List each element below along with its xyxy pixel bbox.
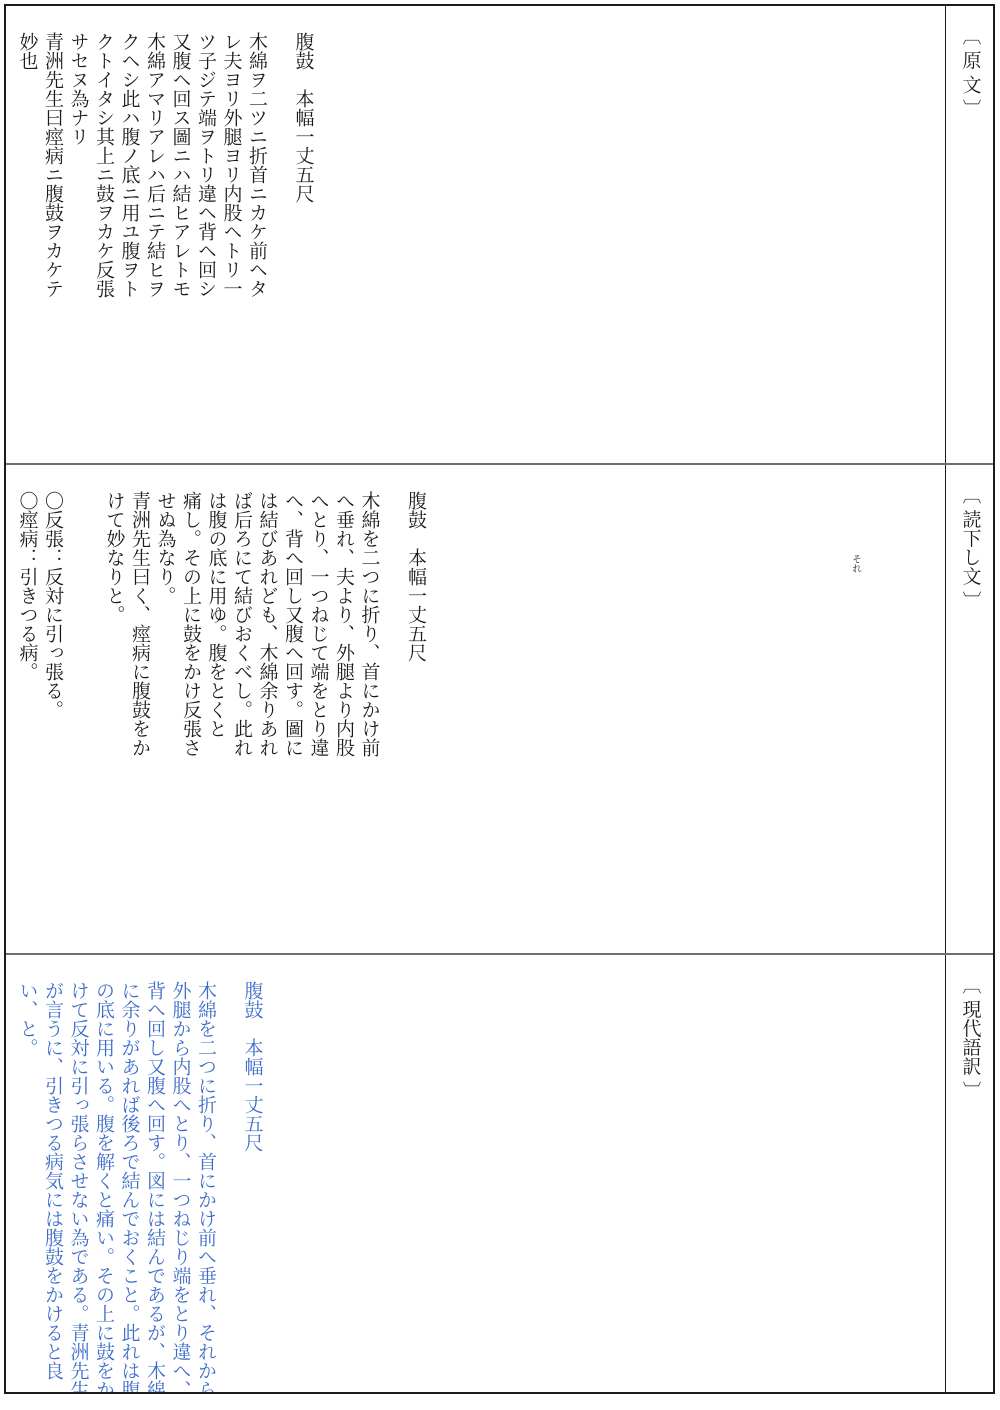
- reading-vertical-text: 腹鼓 本幅一丈五尺 木綿を二つに折り、首にかけ前 へ垂れ、夫より、外腿より内股 …: [14, 491, 428, 953]
- section-title: 腹鼓 本幅一丈五尺: [403, 491, 429, 953]
- text-line: 木綿を二つに折り、首にかけ前へ垂れ、それから、: [193, 981, 219, 1392]
- text-line: 背へ回し又腹へ回す。図には結んであるが、木綿: [142, 981, 168, 1392]
- text-line: 痛し。その上に鼓をかけ反張さ: [178, 491, 204, 953]
- note-line: 〇反張：反対に引っ張る。: [40, 491, 66, 953]
- furigana-sore: それ: [850, 554, 860, 573]
- section-modern-header: 〔 現代語訳 〕: [945, 955, 993, 1392]
- section-original-header: 〔 原 文 〕: [945, 6, 993, 463]
- document-page: 腹鼓 本幅一丈五尺 木綿ヲ二ツニ折首ニカケ前ヘタ レ夫ヨリ外腿ヨリ内股ヘトリ一 …: [0, 0, 1000, 1410]
- text-line: が言うに、引きつる病気には腹鼓をかけると良: [40, 981, 66, 1392]
- text-line: 又腹ヘ回ス圖ニハ結ヒアレトモ: [167, 32, 193, 463]
- text-line: 木綿ヲ二ツニ折首ニカケ前ヘタ: [244, 32, 270, 463]
- text-line: は腹の底に用ゆ。腹をとくと: [203, 491, 229, 953]
- text-line: サセヌ為ナリ: [65, 32, 91, 463]
- section-title: 腹鼓 本幅一丈五尺: [239, 981, 265, 1392]
- document-sheet: 腹鼓 本幅一丈五尺 木綿ヲ二ツニ折首ニカケ前ヘタ レ夫ヨリ外腿ヨリ内股ヘトリ一 …: [4, 4, 995, 1394]
- section-reading: 腹鼓 本幅一丈五尺 木綿を二つに折り、首にかけ前 へ垂れ、夫より、外腿より内股 …: [6, 465, 993, 955]
- text-line: へ垂れ、夫より、外腿より内股: [331, 491, 357, 953]
- text-line: 妙也: [14, 32, 40, 463]
- section-modern-body: 腹鼓 本幅一丈五尺 木綿を二つに折り、首にかけ前へ垂れ、それから、 外腿から内股…: [6, 955, 945, 1392]
- text-line: クヘシ此ハ腹ノ底ニ用ユ腹ヲト: [116, 32, 142, 463]
- original-vertical-text: 腹鼓 本幅一丈五尺 木綿ヲ二ツニ折首ニカケ前ヘタ レ夫ヨリ外腿ヨリ内股ヘトリ一 …: [14, 32, 316, 463]
- text-line: ば后ろにて結びおくべし。此れ: [229, 491, 255, 953]
- text-line: せぬ為なり。: [152, 491, 178, 953]
- text-line: 青洲先生曰く、痙病に腹鼓をか: [127, 491, 153, 953]
- text-line: い、と。: [14, 981, 40, 1392]
- text-line: けて反対に引っ張らさせない為である。青洲先生: [65, 981, 91, 1392]
- text-line: 外腿から内股へとり、一つねじり端をとり違へ、: [167, 981, 193, 1392]
- text-line: に余りがあれば後ろで結んでおくこと。此れは腹: [116, 981, 142, 1392]
- section-header-label: 〔 読下し文 〕: [947, 485, 993, 610]
- section-reading-body: 腹鼓 本幅一丈五尺 木綿を二つに折り、首にかけ前 へ垂れ、夫より、外腿より内股 …: [6, 465, 945, 953]
- section-header-label: 〔 現代語訳 〕: [947, 975, 993, 1100]
- text-line: の底に用いる。腹を解くと痛い。その上に鼓をか: [91, 981, 117, 1392]
- section-modern: 腹鼓 本幅一丈五尺 木綿を二つに折り、首にかけ前へ垂れ、それから、 外腿から内股…: [6, 955, 993, 1392]
- text-line: けて妙なりと。: [101, 491, 127, 953]
- text-line: 青洲先生曰痙病ニ腹鼓ヲカケテ: [40, 32, 66, 463]
- text-line: へ、背へ回し又腹へ回す。圖に: [280, 491, 306, 953]
- modern-vertical-text: 腹鼓 本幅一丈五尺 木綿を二つに折り、首にかけ前へ垂れ、それから、 外腿から内股…: [14, 981, 265, 1392]
- note-line: 〇痙病：引きつる病。: [14, 491, 40, 953]
- text-line: クトイタシ其上ニ鼓ヲカケ反張: [91, 32, 117, 463]
- text-line: レ夫ヨリ外腿ヨリ内股ヘトリ一: [218, 32, 244, 463]
- section-original-body: 腹鼓 本幅一丈五尺 木綿ヲ二ツニ折首ニカケ前ヘタ レ夫ヨリ外腿ヨリ内股ヘトリ一 …: [6, 6, 945, 463]
- section-title: 腹鼓 本幅一丈五尺: [290, 32, 316, 463]
- section-header-label: 〔 原 文 〕: [947, 26, 993, 118]
- text-line: ツ子ジテ端ヲトリ違ヘ背ヘ回シ: [193, 32, 219, 463]
- text-line: は結びあれども、木綿余りあれ: [254, 491, 280, 953]
- section-original: 腹鼓 本幅一丈五尺 木綿ヲ二ツニ折首ニカケ前ヘタ レ夫ヨリ外腿ヨリ内股ヘトリ一 …: [6, 6, 993, 465]
- text-line: 木綿を二つに折り、首にかけ前: [356, 491, 382, 953]
- section-reading-header: 〔 読下し文 〕: [945, 465, 993, 953]
- text-line: 木綿アマリアレハ后ニテ結ヒヲ: [142, 32, 168, 463]
- text-line: へとり、一つねじて端をとり違: [305, 491, 331, 953]
